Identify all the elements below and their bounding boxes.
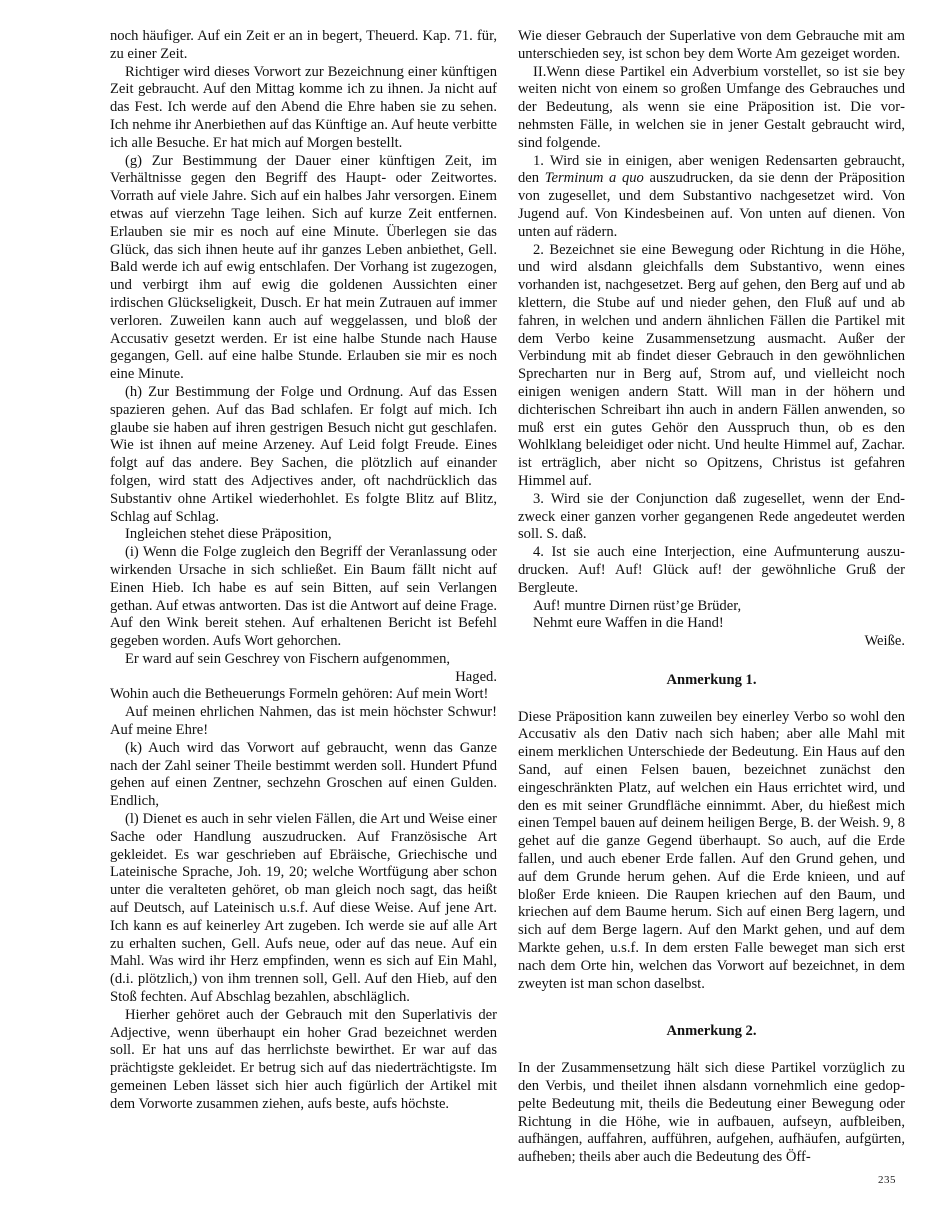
paragraph-item-3: 3. Wird sie der Conjunction daß zugesell… — [518, 491, 905, 544]
quote-attribution: Haged. — [110, 669, 497, 687]
paragraph-k-parts: (k) Auch wird das Vorwort auf gebraucht,… — [110, 740, 497, 811]
paragraph-continued: noch häufiger. Auf ein Zeit er an in beg… — [110, 28, 497, 64]
quote-line: Er ward auf sein Geschrey von Fischern a… — [110, 651, 497, 669]
paragraph-oath-example: Auf meinen ehrlichen Nahmen, das ist mei… — [110, 704, 497, 740]
paragraph-oath-formulas: Wohin auch die Betheuerungs Formeln gehö… — [110, 686, 497, 704]
page-number: 235 — [878, 1172, 896, 1190]
section-heading-note-2: Anmerkung 2. — [518, 1023, 905, 1041]
paragraph-superlative-note: Wie dieser Gebrauch der Superlative von … — [518, 28, 905, 64]
left-column: noch häufiger. Auf ein Zeit er an in beg… — [110, 28, 497, 1114]
paragraph-item-1: 1. Wird sie in einigen, aber wenigen Red… — [518, 153, 905, 242]
item-1-latin-term: Terminum a quo — [545, 170, 644, 186]
paragraph-i-cause: (i) Wenn die Folge zugleich den Begriff … — [110, 544, 497, 651]
paragraph-h-sequence: (h) Zur Bestimmung der Folge und Ordnung… — [110, 384, 497, 526]
document-page: noch häufiger. Auf ein Zeit er an in beg… — [0, 0, 935, 1210]
section-heading-note-1: Anmerkung 1. — [518, 672, 905, 690]
paragraph-item-4: 4. Ist sie auch eine Interjection, eine … — [518, 544, 905, 597]
paragraph-item-2: 2. Bezeichnet sie eine Bewegung oder Ric… — [518, 242, 905, 491]
paragraph-likewise: Ingleichen stehet diese Präposition, — [110, 526, 497, 544]
verse-attribution: Weiße. — [518, 633, 905, 651]
paragraph-note-2: In der Zusammensetzung hält sich diese P… — [518, 1060, 905, 1167]
verse-line-1: Auf! muntre Dirnen rüst’ge Brüder, — [518, 598, 905, 616]
paragraph-future-time: Richtiger wird dieses Vorwort zur Bezeic… — [110, 64, 497, 153]
paragraph-note-1: Diese Präposition kann zuweilen bey eine… — [518, 709, 905, 994]
paragraph-adverb-ii: II.Wenn diese Partikel ein Adverbium vor… — [518, 64, 905, 153]
paragraph-g-duration: (g) Zur Bestimmung der Dauer einer künft… — [110, 153, 497, 384]
verse-line-2: Nehmt eure Waffen in die Hand! — [518, 615, 905, 633]
paragraph-superlatives: Hierher gehöret auch der Gebrauch mit de… — [110, 1007, 497, 1114]
right-column: Wie dieser Gebrauch der Superlative von … — [518, 28, 905, 1167]
paragraph-l-manner: (l) Dienet es auch in sehr vielen Fällen… — [110, 811, 497, 1007]
